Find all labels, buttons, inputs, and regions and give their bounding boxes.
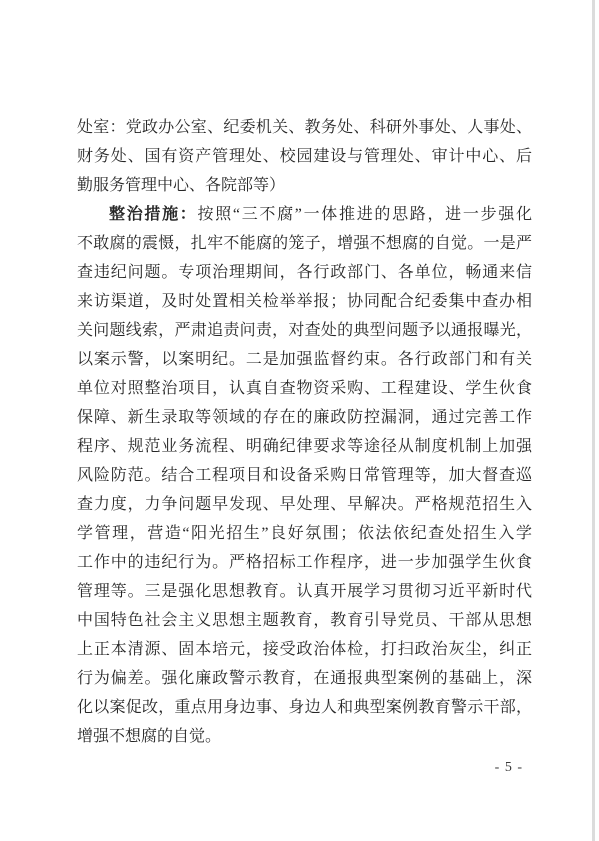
text-line: 管理等。三是强化思想教育。认真开展学习贯彻习近平新时代 [77, 577, 532, 606]
text-line: 上正本清源、固本培元，接受政治体检，打扫政治灰尘，纠正 [77, 635, 532, 664]
text-line: 查力度，力争问题早发现、早处理、早解决。严格规范招生入 [77, 490, 532, 519]
text-line: 工作中的违纪行为。严格招标工作程序，进一步加强学生伙食 [77, 548, 532, 577]
text-line: 以案示警，以案明纪。二是加强监督约束。各行政部门和有关 [77, 345, 532, 374]
text-line: 查违纪问题。专项治理期间，各行政部门、各单位，畅通来信 [77, 258, 532, 287]
paragraph2-first-line: 整治措施：按照“三不腐”一体推进的思路，进一步强化 [77, 200, 532, 229]
text-line: 程序、规范业务流程、明确纪律要求等途径从制度机制上加强 [77, 432, 532, 461]
text-line: 风险防范。结合工程项目和设备采购日常管理等，加大督查巡 [77, 461, 532, 490]
text-line: 增强不想腐的自觉。 [77, 722, 532, 751]
text-line: 处室：党政办公室、纪委机关、教务处、科研外事处、人事处、 [77, 113, 532, 142]
scan-edge-artifact [592, 0, 595, 841]
paragraph2-lead-text: 按照“三不腐”一体推进的思路，进一步强化 [198, 206, 532, 223]
text-line: 关问题线索，严肃追责问责，对查处的典型问题予以通报曝光， [77, 316, 532, 345]
text-line: 保障、新生录取等领域的存在的廉政防控漏洞，通过完善工作 [77, 403, 532, 432]
text-line: 勤服务管理中心、各院部等） [77, 171, 532, 200]
document-body: 处室：党政办公室、纪委机关、教务处、科研外事处、人事处、 财务处、国有资产管理处… [77, 113, 532, 751]
text-line: 财务处、国有资产管理处、校园建设与管理处、审计中心、后 [77, 142, 532, 171]
text-line: 中国特色社会主义思想主题教育，教育引导党员、干部从思想 [77, 606, 532, 635]
text-line: 学管理，营造“阳光招生”良好氛围；依法依纪查处招生入学 [77, 519, 532, 548]
page-number: - 5 - [495, 758, 523, 778]
text-line: 化以案促改，重点用身边事、身边人和典型案例教育警示干部， [77, 693, 532, 722]
document-page: 处室：党政办公室、纪委机关、教务处、科研外事处、人事处、 财务处、国有资产管理处… [0, 0, 599, 841]
text-line: 单位对照整治项目，认真自查物资采购、工程建设、学生伙食 [77, 374, 532, 403]
paragraph2-heading: 整治措施： [109, 206, 198, 223]
text-line: 来访渠道，及时处置相关检举举报；协同配合纪委集中查办相 [77, 287, 532, 316]
text-line: 不敢腐的震慑，扎牢不能腐的笼子，增强不想腐的自觉。一是严 [77, 229, 532, 258]
text-line: 行为偏差。强化廉政警示教育，在通报典型案例的基础上，深 [77, 664, 532, 693]
